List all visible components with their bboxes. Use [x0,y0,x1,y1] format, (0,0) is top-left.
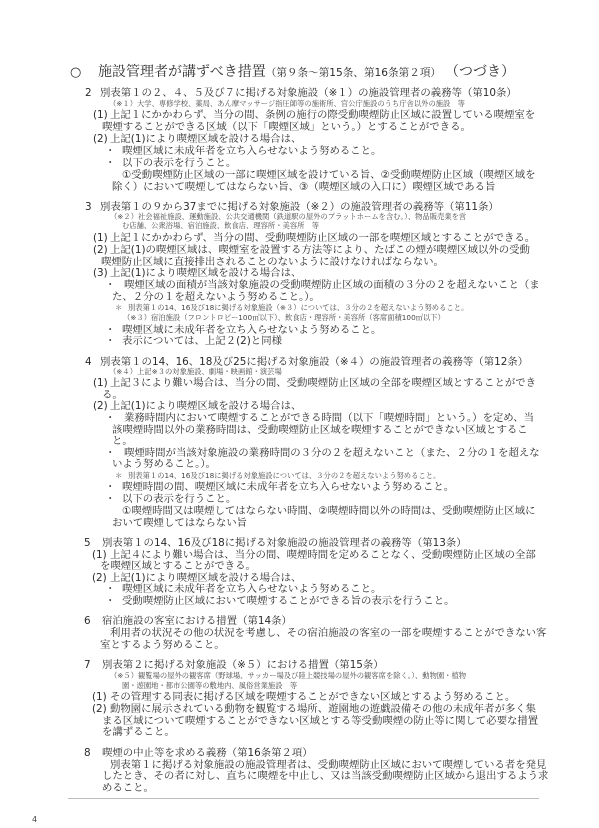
section-number: 4 [85,356,92,368]
item-label: (1) [92,691,107,703]
bullet-icon: ・ [105,279,115,291]
section-number: 6 [84,615,91,627]
bullet-text: 喫煙時間の間、喫煙区域に未成年者を立ち入らせないよう努めること。 [122,481,454,493]
circle-marker-icon: ○ [70,64,98,82]
asterisk-icon: ＊ [115,303,122,313]
item-text: 動物園に展示されている動物を観覧する場所、遊園地の遊戯設備その他の未成年者が多く… [110,703,536,715]
section-title: 別表第１の14、16及び18に掲げる対象施設の施設管理者の義務等（第13条） [102,537,467,549]
bullet-text: 喫煙区域の面積が当該対象施設の受動喫煙防止区域の面積の３分の２を超えないこと（ま [124,279,540,291]
section-body: めること。 [102,782,154,794]
section-title: 別表第２に掲げる対象施設（※５）における措置（第15条） [102,659,384,671]
bullet-icon: ・ [105,595,115,607]
item-text: 上記１にかかわらず、当分の間、条例の施行の際受動喫煙防止区域に設置している喫煙室… [110,109,535,121]
heading-title: 施設管理者が講ずべき措置 [98,63,266,81]
item-text: 上記(1)により喫煙区域を設ける場合は、 [110,133,301,145]
item-label: (1) [93,377,108,389]
item-text: 上記１にかかわらず、当分の間、受動喫煙防止区域の一部を喫煙区域とすることができる… [110,232,535,244]
bullet-text: 以下の表示を行うこと。 [122,157,236,169]
item-label: (1) [93,232,108,244]
section-note: （※５）観覧場の屋外の観客席（野球場、サッカー場及び陸上競技場の屋外の観客席を除… [110,671,466,681]
star-note: 別表第１の14、16及び18に掲げる対象施設については、３分の２を超えないよう努… [128,471,440,481]
bullet-text: 受動喫煙防止区域において喫煙することができる旨の表示を行うこと。 [122,595,455,607]
bullet-text: 該喫煙時間以外の業務時間は、受動喫煙防止区域を喫煙することができない区域とするこ [112,424,528,436]
bullet-detail: ①受動喫煙防止区域の一部に喫煙区域を設けている旨、②受動喫煙防止区域（喫煙区域を [122,169,535,181]
section-number: 7 [84,659,91,671]
footer-divider [68,798,539,799]
section-body: 利用者の状況その他の状況を考慮し、その宿泊施設の客室の一部を喫煙することができな… [110,627,546,639]
bullet-detail: ①喫煙時間又は喫煙してはならない時間、②喫煙時間以外の時間は、受動喫煙防止区域に [122,505,535,517]
bullet-icon: ・ [105,157,115,169]
page-heading: ○ 施設管理者が講ずべき措置 （第９条～第15条、第16条第２項） （つづき） [70,63,515,82]
item-label: (1) [93,109,108,121]
section-number: 5 [84,537,91,549]
star-note: 別表第１の14、16及び18に掲げる対象施設（※３）については、３分の２を超えな… [128,303,468,313]
item-label: (3) [93,267,108,279]
bullet-text: た、２分の１を超えないよう努めること。）。 [112,291,320,303]
section-number: 8 [84,747,91,759]
bullet-text: いよう努めること。）。 [112,458,216,470]
section-title: 宿泊施設の客室における措置（第14条） [102,615,292,627]
section-title: 別表第１の２、４、５及び７に掲げる対象施設（※１）の施設管理者の義務等（第10条… [100,87,517,99]
page-number: 4 [32,815,37,825]
bullet-text: 業務時間内において喫煙することができる時間（以下「喫煙時間」という。）を定め、当 [124,412,534,424]
bullet-icon: ・ [105,335,115,347]
bullet-text: と。 [112,435,133,447]
section-body: したとき、その者に対し、直ちに喫煙を中止し、又は当該受動喫煙防止区域から退出する… [102,770,548,782]
item-label: (2) [92,703,107,715]
section-title: 喫煙の中止等を求める義務（第16条第２項） [102,747,313,759]
bullet-detail: おいて喫煙してはならない旨 [112,517,247,529]
item-text: 上記３により難い場合は、当分の間、受動喫煙防止区域の全部を喫煙区域とすることがで… [110,377,536,389]
heading-articles: （第９条～第15条、第16条第２項） [266,64,441,82]
item-text: を講ずること。 [102,726,175,738]
sub-note: （※３）宿泊施設（フロントロビー100㎡以下）、飲食店・理容所・美容所（客席面積… [123,313,445,323]
section-body: 室とするよう努めること。 [100,639,225,651]
bullet-icon: ・ [105,481,115,493]
item-label: (2) [93,400,108,412]
item-text: その管理する同表に掲げる区域を喫煙することができない区域とするよう努めること。 [110,691,515,703]
bullet-icon: ・ [105,583,115,595]
item-text: を喫煙区域とすることができる。 [100,560,256,572]
section-number: 3 [85,201,92,213]
section-note: （※１）大学、専修学校、薬局、あん摩マッサージ指圧師等の施術所、官公庁施設のうち… [109,99,465,109]
bullet-icon: ・ [105,145,115,157]
item-text: 上記(1)の喫煙区域は、喫煙室を設置する方法等により、たばこの煙が喫煙区域以外の… [110,244,530,256]
document-page: ○ 施設管理者が講ずべき措置 （第９条～第15条、第16条第２項） （つづき） … [0,0,599,828]
heading-continued: （つづき） [445,63,515,81]
item-label: (2) [93,244,108,256]
item-text: 上記(1)により喫煙区域を設ける場合は、 [110,267,301,279]
bullet-text: 以下の表示を行うこと。 [122,493,236,505]
section-note: （※４）上記※３の対象施設、劇場・映画館・演芸場 [109,367,282,377]
item-text: 喫煙することができる区域（以下「喫煙区域」という。）とすることができる。 [102,121,471,133]
section-note: 園・遊園地・都市公園等の敷地内、風俗営業施設 等 [122,681,297,691]
section-note: む店舗、公衆浴場、宿泊施設、飲食店、理容所・美容所 等 [122,221,319,231]
item-text: 上記(1)により喫煙区域を設ける場合は、 [110,400,301,412]
bullet-text: 喫煙区域に未成年者を立ち入らせないよう努めること。 [122,583,381,595]
bullet-detail: 除く）において喫煙してはならない旨、③（喫煙区域の入口に）喫煙区域である旨 [112,181,495,193]
item-label: (2) [93,133,108,145]
bullet-text: 表示については、上記２(2)と同様 [122,335,282,347]
bullet-text: 喫煙区域に未成年者を立ち入らせないよう努めること。 [122,145,381,157]
bullet-icon: ・ [105,493,115,505]
bullet-icon: ・ [105,412,115,424]
section-number: 2 [85,87,92,99]
asterisk-icon: ＊ [115,471,122,481]
